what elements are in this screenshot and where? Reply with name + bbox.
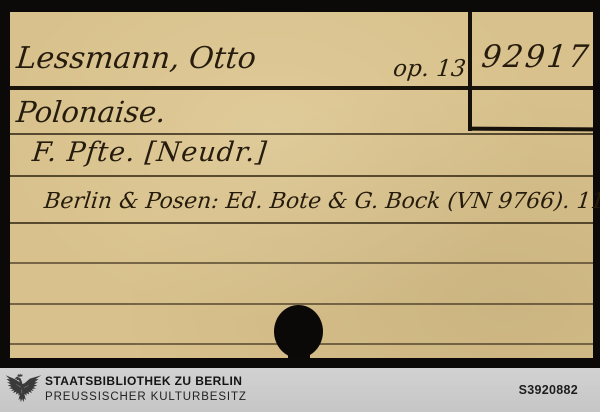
catalog-card: Lessmann, Otto op. 13 92917 Polonaise. F…: [10, 12, 593, 358]
shelfmark-box-bottom-rule: [468, 127, 593, 132]
library-name: STAATSBIBLIOTHEK ZU BERLIN: [45, 374, 247, 388]
ruled-line: [10, 222, 593, 224]
photo-backdrop: Lessmann, Otto op. 13 92917 Polonaise. F…: [0, 0, 600, 368]
imprint-line: Berlin & Posen: Ed. Bote & G. Bock (VN 9…: [43, 191, 600, 213]
shelfmark-number: 92917: [480, 42, 592, 73]
heading-rule: [10, 86, 593, 90]
ruled-line: [10, 133, 593, 135]
library-name-block: STAATSBIBLIOTHEK ZU BERLIN PREUSSISCHER …: [45, 374, 247, 403]
library-subtitle: PREUSSISCHER KULTURBESITZ: [45, 391, 247, 403]
ruled-line: [10, 262, 593, 264]
opus-number: op. 13: [392, 58, 467, 81]
image-id-label: S3920882: [519, 383, 578, 397]
scanned-catalog-card-image: Lessmann, Otto op. 13 92917 Polonaise. F…: [0, 0, 600, 412]
ruled-line: [10, 175, 593, 177]
prussian-eagle-icon: [5, 371, 42, 409]
scoring-note: F. Pfte. [Neudr.]: [31, 139, 269, 166]
shelfmark-box-divider: [468, 12, 472, 131]
work-title: Polonaise.: [15, 98, 167, 127]
author-heading: Lessmann, Otto: [15, 44, 257, 74]
punch-hole-slot: [288, 342, 310, 358]
library-footer: STAATSBIBLIOTHEK ZU BERLIN PREUSSISCHER …: [0, 368, 600, 412]
